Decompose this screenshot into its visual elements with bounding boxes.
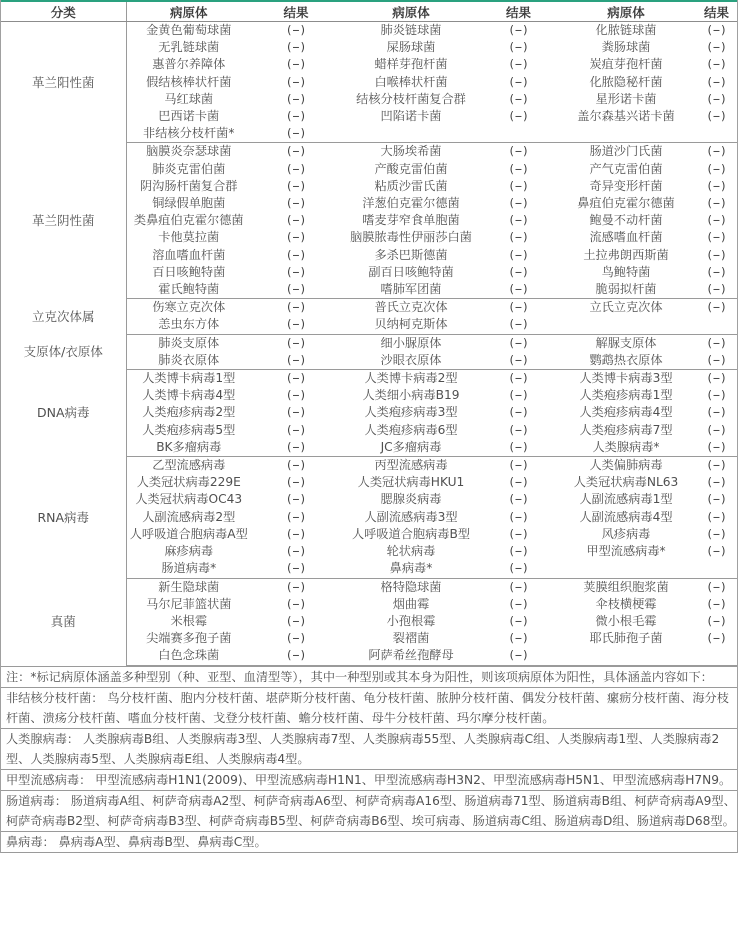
result-cell: (−) — [481, 316, 556, 334]
pathogen-cell: 人副流感病毒3型 — [341, 509, 481, 526]
result-cell: (−) — [251, 370, 341, 388]
pathogen-cell: 人类疱疹病毒4型 — [556, 404, 696, 421]
pathogen-cell: 脑膜炎奈瑟球菌 — [126, 143, 251, 161]
result-cell: (−) — [481, 491, 556, 508]
table-row: 革兰阳性菌金黄色葡萄球菌(−)肺炎链球菌(−)化脓链球菌(−) — [1, 22, 737, 40]
result-cell — [696, 560, 737, 578]
pathogen-cell: 脆弱拟杆菌 — [556, 281, 696, 299]
pathogen-cell: 细小脲原体 — [341, 334, 481, 352]
pathogen-cell: 霍氏鲍特菌 — [126, 281, 251, 299]
result-cell: (−) — [696, 630, 737, 647]
result-cell: (−) — [696, 578, 737, 596]
result-cell: (−) — [481, 596, 556, 613]
pathogen-cell: 白色念珠菌 — [126, 647, 251, 665]
result-cell: (−) — [481, 56, 556, 73]
result-cell: (−) — [251, 526, 341, 543]
result-cell: (−) — [251, 178, 341, 195]
result-cell: (−) — [696, 56, 737, 73]
result-cell: (−) — [696, 370, 737, 388]
pathogen-cell: 解脲支原体 — [556, 334, 696, 352]
result-cell: (−) — [481, 578, 556, 596]
result-cell: (−) — [481, 39, 556, 56]
result-cell: (−) — [251, 560, 341, 578]
pathogen-cell: 风疹病毒 — [556, 526, 696, 543]
result-cell: (−) — [251, 39, 341, 56]
result-cell: (−) — [251, 630, 341, 647]
table-row: RNA病毒乙型流感病毒(−)丙型流感病毒(−)人类偏肺病毒(−) — [1, 457, 737, 475]
pathogen-cell: 轮状病毒 — [341, 543, 481, 560]
result-cell — [696, 125, 737, 143]
table-row: DNA病毒人类博卡病毒1型(−)人类博卡病毒2型(−)人类博卡病毒3型(−) — [1, 370, 737, 388]
pathogen-cell: 格特隐球菌 — [341, 578, 481, 596]
result-cell: (−) — [481, 613, 556, 630]
result-cell: (−) — [696, 491, 737, 508]
result-cell: (−) — [481, 195, 556, 212]
result-cell: (−) — [481, 370, 556, 388]
category-cell: 革兰阳性菌 — [1, 22, 126, 143]
pathogen-cell: 凹陷诺卡菌 — [341, 108, 481, 125]
pathogen-cell: 蜡样芽孢杆菌 — [341, 56, 481, 73]
pathogen-cell: 人副流感病毒4型 — [556, 509, 696, 526]
header-pathogen-3: 病原体 — [556, 2, 696, 22]
result-cell: (−) — [251, 352, 341, 370]
pathogen-cell: 卡他莫拉菌 — [126, 229, 251, 246]
pathogen-cell: 阿萨希丝孢酵母 — [341, 647, 481, 665]
result-cell: (−) — [696, 161, 737, 178]
result-cell: (−) — [251, 387, 341, 404]
result-cell: (−) — [481, 422, 556, 439]
pathogen-cell: 鼻疽伯克霍尔德菌 — [556, 195, 696, 212]
result-cell: (−) — [481, 543, 556, 560]
pathogen-cell: 伤寒立克次体 — [126, 299, 251, 317]
result-cell: (−) — [696, 404, 737, 421]
pathogen-cell: 嗜麦芽窄食单胞菌 — [341, 212, 481, 229]
pathogen-cell: 麻疹病毒 — [126, 543, 251, 560]
pathogen-cell: 烟曲霉 — [341, 596, 481, 613]
result-cell: (−) — [251, 299, 341, 317]
result-cell: (−) — [481, 108, 556, 125]
pathogen-cell: 人呼吸道合胞病毒A型 — [126, 526, 251, 543]
pathogen-cell: 阴沟肠杆菌复合群 — [126, 178, 251, 195]
pathogen-cell: 新生隐球菌 — [126, 578, 251, 596]
result-cell: (−) — [251, 22, 341, 40]
pathogen-cell — [556, 560, 696, 578]
pathogen-cell: 产酸克雷伯菌 — [341, 161, 481, 178]
pathogen-cell: 嗜肺军团菌 — [341, 281, 481, 299]
pathogen-cell: 甲型流感病毒* — [556, 543, 696, 560]
pathogen-cell: 人类博卡病毒1型 — [126, 370, 251, 388]
table-body: 革兰阳性菌金黄色葡萄球菌(−)肺炎链球菌(−)化脓链球菌(−)无乳链球菌(−)屎… — [1, 22, 737, 666]
result-cell: (−) — [251, 125, 341, 143]
pathogen-cell: 人类细小病毒B19 — [341, 387, 481, 404]
pathogen-cell: 肺炎链球菌 — [341, 22, 481, 40]
pathogen-cell: 马红球菌 — [126, 91, 251, 108]
pathogen-cell: 贝纳柯克斯体 — [341, 316, 481, 334]
table-header-row: 分类 病原体 结果 病原体 结果 病原体 结果 — [1, 2, 737, 22]
pathogen-cell: 产气克雷伯菌 — [556, 161, 696, 178]
category-cell: DNA病毒 — [1, 370, 126, 457]
pathogen-cell: 类鼻疽伯克霍尔德菌 — [126, 212, 251, 229]
result-cell: (−) — [481, 387, 556, 404]
header-result-3: 结果 — [696, 2, 737, 22]
result-cell: (−) — [251, 578, 341, 596]
pathogen-cell: 铜绿假单胞菌 — [126, 195, 251, 212]
footnote-detail: 甲型流感病毒： 甲型流感病毒H1N1(2009)、甲型流感病毒H1N1、甲型流感… — [1, 770, 737, 791]
result-cell: (−) — [251, 212, 341, 229]
table-row: 立克次体属伤寒立克次体(−)普氏立克次体(−)立氏立克次体(−) — [1, 299, 737, 317]
result-cell: (−) — [251, 316, 341, 334]
pathogen-cell: 人类冠状病毒HKU1 — [341, 474, 481, 491]
result-cell: (−) — [481, 91, 556, 108]
result-cell: (−) — [696, 457, 737, 475]
pathogen-cell: 微小根毛霉 — [556, 613, 696, 630]
header-pathogen-2: 病原体 — [341, 2, 481, 22]
result-cell: (−) — [696, 334, 737, 352]
header-result-2: 结果 — [481, 2, 556, 22]
result-cell: (−) — [696, 264, 737, 281]
result-cell: (−) — [481, 439, 556, 457]
pathogen-cell: 人类疱疹病毒3型 — [341, 404, 481, 421]
pathogen-cell: 化脓隐秘杆菌 — [556, 74, 696, 91]
pathogen-cell: 肠道沙门氏菌 — [556, 143, 696, 161]
result-cell: (−) — [251, 264, 341, 281]
result-cell: (−) — [696, 596, 737, 613]
table-row: 革兰阴性菌脑膜炎奈瑟球菌(−)大肠埃希菌(−)肠道沙门氏菌(−) — [1, 143, 737, 161]
result-cell: (−) — [481, 299, 556, 317]
result-cell: (−) — [251, 422, 341, 439]
result-cell: (−) — [481, 647, 556, 665]
pathogen-cell: 肺炎克雷伯菌 — [126, 161, 251, 178]
category-cell: 支原体/衣原体 — [1, 334, 126, 369]
result-cell — [696, 647, 737, 665]
pathogen-cell: 副百日咳鲍特菌 — [341, 264, 481, 281]
pathogen-cell: 人副流感病毒2型 — [126, 509, 251, 526]
result-cell: (−) — [251, 91, 341, 108]
result-cell: (−) — [696, 39, 737, 56]
result-cell — [696, 316, 737, 334]
header-category: 分类 — [1, 2, 126, 22]
result-cell: (−) — [481, 509, 556, 526]
result-cell: (−) — [696, 387, 737, 404]
pathogen-cell: 洋葱伯克霍尔德菌 — [341, 195, 481, 212]
result-cell: (−) — [251, 491, 341, 508]
pathogen-cell: 恙虫东方体 — [126, 316, 251, 334]
result-cell: (−) — [481, 161, 556, 178]
footnote-detail: 非结核分枝杆菌： 鸟分枝杆菌、胞内分枝杆菌、堪萨斯分枝杆菌、龟分枝杆菌、脓肿分枝… — [1, 688, 737, 729]
pathogen-cell: 屎肠球菌 — [341, 39, 481, 56]
pathogen-cell: 粘质沙雷氏菌 — [341, 178, 481, 195]
result-cell: (−) — [251, 439, 341, 457]
pathogen-cell: 巴西诺卡菌 — [126, 108, 251, 125]
result-cell: (−) — [696, 91, 737, 108]
result-cell: (−) — [481, 352, 556, 370]
pathogen-cell: 尖端赛多孢子菌 — [126, 630, 251, 647]
result-cell: (−) — [251, 457, 341, 475]
pathogen-cell: 人类疱疹病毒5型 — [126, 422, 251, 439]
result-cell: (−) — [251, 596, 341, 613]
footnote-detail: 肠道病毒： 肠道病毒A组、柯萨奇病毒A2型、柯萨奇病毒A6型、柯萨奇病毒A16型… — [1, 791, 737, 832]
pathogen-cell: 土拉弗朗西斯菌 — [556, 247, 696, 264]
pathogen-cell: 奇异变形杆菌 — [556, 178, 696, 195]
result-cell: (−) — [251, 334, 341, 352]
pathogen-cell: 粪肠球菌 — [556, 39, 696, 56]
pathogen-cell — [341, 125, 481, 143]
pathogen-cell: 百日咳鲍特菌 — [126, 264, 251, 281]
pathogen-cell — [556, 125, 696, 143]
pathogen-cell: 无乳链球菌 — [126, 39, 251, 56]
pathogen-cell: 人类腺病毒* — [556, 439, 696, 457]
pathogen-cell: 人类疱疹病毒7型 — [556, 422, 696, 439]
result-cell: (−) — [481, 334, 556, 352]
result-cell: (−) — [251, 281, 341, 299]
result-cell: (−) — [481, 630, 556, 647]
pathogen-cell: 米根霉 — [126, 613, 251, 630]
result-cell: (−) — [696, 143, 737, 161]
pathogen-cell: 丙型流感病毒 — [341, 457, 481, 475]
result-cell: (−) — [481, 22, 556, 40]
result-cell: (−) — [696, 281, 737, 299]
result-cell: (−) — [481, 404, 556, 421]
pathogen-cell: 溶血嗜血杆菌 — [126, 247, 251, 264]
pathogen-cell: 人类疱疹病毒1型 — [556, 387, 696, 404]
header-pathogen-1: 病原体 — [126, 2, 251, 22]
result-cell: (−) — [696, 439, 737, 457]
result-cell: (−) — [481, 457, 556, 475]
pathogen-cell: 星形诺卡菌 — [556, 91, 696, 108]
category-cell: 真菌 — [1, 578, 126, 665]
pathogen-cell: 肠道病毒* — [126, 560, 251, 578]
notes-section: 注：*标记病原体涵盖多种型别（种、亚型、血清型等），其中一种型别或其本身为阳性，… — [1, 666, 737, 853]
result-cell: (−) — [251, 647, 341, 665]
result-cell: (−) — [481, 74, 556, 91]
result-cell: (−) — [251, 247, 341, 264]
pathogen-cell: 化脓链球菌 — [556, 22, 696, 40]
pathogen-cell: 炭疽芽孢杆菌 — [556, 56, 696, 73]
result-cell: (−) — [251, 74, 341, 91]
pathogen-cell: 人类疱疹病毒2型 — [126, 404, 251, 421]
result-cell: (−) — [481, 247, 556, 264]
pathogen-cell: 乙型流感病毒 — [126, 457, 251, 475]
pathogen-cell: 非结核分枝杆菌* — [126, 125, 251, 143]
pathogen-cell: 人副流感病毒1型 — [556, 491, 696, 508]
pathogen-cell: BK多瘤病毒 — [126, 439, 251, 457]
pathogen-cell — [556, 316, 696, 334]
pathogen-cell: 人类偏肺病毒 — [556, 457, 696, 475]
result-cell: (−) — [251, 509, 341, 526]
pathogen-cell: 鼻病毒* — [341, 560, 481, 578]
result-cell: (−) — [696, 212, 737, 229]
result-cell: (−) — [481, 560, 556, 578]
result-cell: (−) — [251, 161, 341, 178]
result-cell: (−) — [251, 404, 341, 421]
result-cell: (−) — [481, 178, 556, 195]
pathogen-cell: 伞枝横梗霉 — [556, 596, 696, 613]
pathogen-cell: JC多瘤病毒 — [341, 439, 481, 457]
pathogen-cell: 普氏立克次体 — [341, 299, 481, 317]
result-cell: (−) — [481, 212, 556, 229]
pathogen-cell: 人类博卡病毒4型 — [126, 387, 251, 404]
footnote-detail: 鼻病毒： 鼻病毒A型、鼻病毒B型、鼻病毒C型。 — [1, 832, 737, 853]
pathogen-cell: 肺炎衣原体 — [126, 352, 251, 370]
header-result-1: 结果 — [251, 2, 341, 22]
footnote-detail: 人类腺病毒： 人类腺病毒B组、人类腺病毒3型、人类腺病毒7型、人类腺病毒55型、… — [1, 729, 737, 770]
result-cell: (−) — [481, 526, 556, 543]
result-cell: (−) — [251, 543, 341, 560]
result-cell: (−) — [251, 474, 341, 491]
pathogen-results-table: 分类 病原体 结果 病原体 结果 病原体 结果 革兰阳性菌金黄色葡萄球菌(−)肺… — [1, 2, 737, 666]
table-row: 真菌新生隐球菌(−)格特隐球菌(−)荚膜组织胞浆菌(−) — [1, 578, 737, 596]
pathogen-cell: 沙眼衣原体 — [341, 352, 481, 370]
pathogen-cell: 立氏立克次体 — [556, 299, 696, 317]
result-cell: (−) — [696, 543, 737, 560]
result-cell: (−) — [251, 229, 341, 246]
result-cell: (−) — [696, 613, 737, 630]
result-cell: (−) — [251, 56, 341, 73]
pathogen-cell: 脑膜脓毒性伊丽莎白菌 — [341, 229, 481, 246]
pathogen-cell: 马尔尼菲篮状菌 — [126, 596, 251, 613]
pathogen-cell: 鸟鲍特菌 — [556, 264, 696, 281]
pathogen-cell: 人类冠状病毒OC43 — [126, 491, 251, 508]
category-cell: 立克次体属 — [1, 299, 126, 334]
result-cell — [481, 125, 556, 143]
result-cell: (−) — [251, 195, 341, 212]
pathogen-cell: 结核分枝杆菌复合群 — [341, 91, 481, 108]
result-cell: (−) — [481, 281, 556, 299]
pathogen-cell: 假结核棒状杆菌 — [126, 74, 251, 91]
pathogen-cell: 白喉棒状杆菌 — [341, 74, 481, 91]
pathogen-cell: 人类冠状病毒NL63 — [556, 474, 696, 491]
result-cell: (−) — [696, 422, 737, 439]
result-cell: (−) — [696, 509, 737, 526]
pathogen-cell: 荚膜组织胞浆菌 — [556, 578, 696, 596]
result-cell: (−) — [481, 143, 556, 161]
result-cell: (−) — [696, 178, 737, 195]
pathogen-cell: 惠普尔养障体 — [126, 56, 251, 73]
pathogen-cell: 人类冠状病毒229E — [126, 474, 251, 491]
pathogen-cell: 多杀巴斯德菌 — [341, 247, 481, 264]
category-cell: 革兰阴性菌 — [1, 143, 126, 299]
result-cell: (−) — [251, 613, 341, 630]
pathogen-cell — [556, 647, 696, 665]
pathogen-cell: 鲍曼不动杆菌 — [556, 212, 696, 229]
pathogen-cell: 流感嗜血杆菌 — [556, 229, 696, 246]
pathogen-cell: 人呼吸道合胞病毒B型 — [341, 526, 481, 543]
result-cell: (−) — [696, 299, 737, 317]
pathogen-report: 分类 病原体 结果 病原体 结果 病原体 结果 革兰阳性菌金黄色葡萄球菌(−)肺… — [0, 0, 738, 853]
pathogen-cell: 鹦鹉热衣原体 — [556, 352, 696, 370]
pathogen-cell: 小孢根霉 — [341, 613, 481, 630]
result-cell: (−) — [251, 108, 341, 125]
result-cell: (−) — [251, 143, 341, 161]
result-cell: (−) — [696, 74, 737, 91]
result-cell: (−) — [696, 352, 737, 370]
result-cell: (−) — [696, 526, 737, 543]
pathogen-cell: 大肠埃希菌 — [341, 143, 481, 161]
result-cell: (−) — [481, 264, 556, 281]
table-row: 支原体/衣原体肺炎支原体(−)细小脲原体(−)解脲支原体(−) — [1, 334, 737, 352]
pathogen-cell: 裂褶菌 — [341, 630, 481, 647]
pathogen-cell: 腮腺炎病毒 — [341, 491, 481, 508]
pathogen-cell: 金黄色葡萄球菌 — [126, 22, 251, 40]
pathogen-cell: 盖尔森基兴诺卡菌 — [556, 108, 696, 125]
pathogen-cell: 人类博卡病毒2型 — [341, 370, 481, 388]
result-cell: (−) — [481, 474, 556, 491]
result-cell: (−) — [696, 195, 737, 212]
pathogen-cell: 人类博卡病毒3型 — [556, 370, 696, 388]
result-cell: (−) — [696, 247, 737, 264]
result-cell: (−) — [696, 474, 737, 491]
footnote-intro: 注：*标记病原体涵盖多种型别（种、亚型、血清型等），其中一种型别或其本身为阳性，… — [1, 666, 737, 688]
pathogen-cell: 肺炎支原体 — [126, 334, 251, 352]
pathogen-cell: 耶氏肺孢子菌 — [556, 630, 696, 647]
category-cell: RNA病毒 — [1, 457, 126, 578]
result-cell: (−) — [696, 108, 737, 125]
pathogen-cell: 人类疱疹病毒6型 — [341, 422, 481, 439]
result-cell: (−) — [696, 229, 737, 246]
result-cell: (−) — [696, 22, 737, 40]
result-cell: (−) — [481, 229, 556, 246]
